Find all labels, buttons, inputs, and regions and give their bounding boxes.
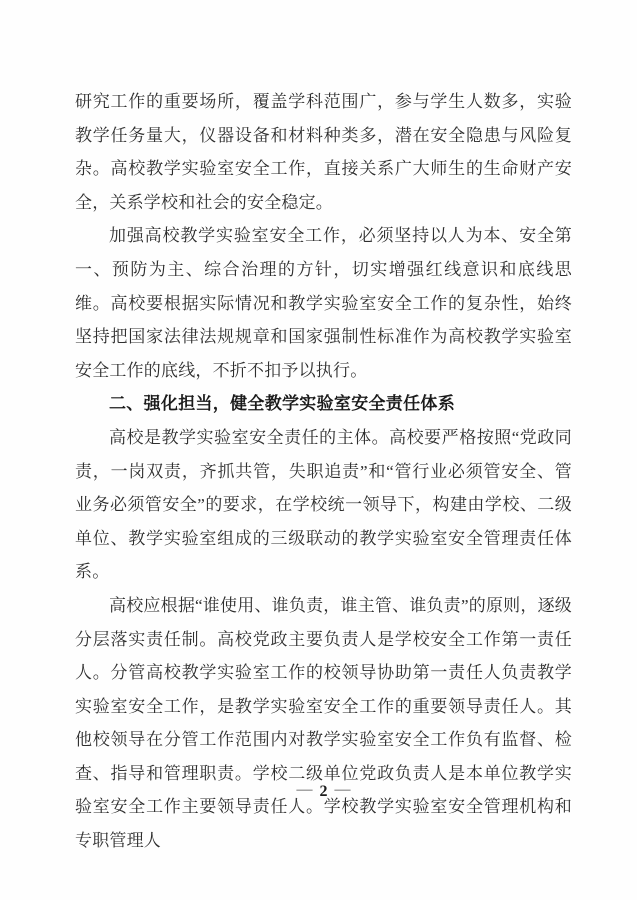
paragraph-principles: 加强高校教学实验室安全工作，必须坚持以人为本、安全第一、预防为主、综合治理的方针…	[75, 219, 572, 387]
page-number: 2	[313, 783, 335, 800]
document-body: 研究工作的重要场所，覆盖学科范围广，参与学生人数多，实验教学任务量大，仪器设备和…	[75, 85, 572, 858]
page-footer: —2—	[75, 780, 572, 804]
paragraph-responsibility-system: 高校是教学实验室安全责任的主体。高校要严格按照“党政同责，一岗双责，齐抓共管，失…	[75, 421, 572, 589]
paragraph-continuation: 研究工作的重要场所，覆盖学科范围广，参与学生人数多，实验教学任务量大，仪器设备和…	[75, 85, 572, 219]
document-page: 研究工作的重要场所，覆盖学科范围广，参与学生人数多，实验教学任务量大，仪器设备和…	[0, 0, 637, 900]
section-heading: 二、强化担当，健全教学实验室安全责任体系	[75, 387, 572, 421]
paragraph-responsibility-persons: 高校应根据“谁使用、谁负责，谁主管、谁负责”的原则，逐级分层落实责任制。高校党政…	[75, 589, 572, 858]
footer-dash-left: —	[297, 781, 313, 798]
footer-dash-right: —	[335, 781, 351, 798]
